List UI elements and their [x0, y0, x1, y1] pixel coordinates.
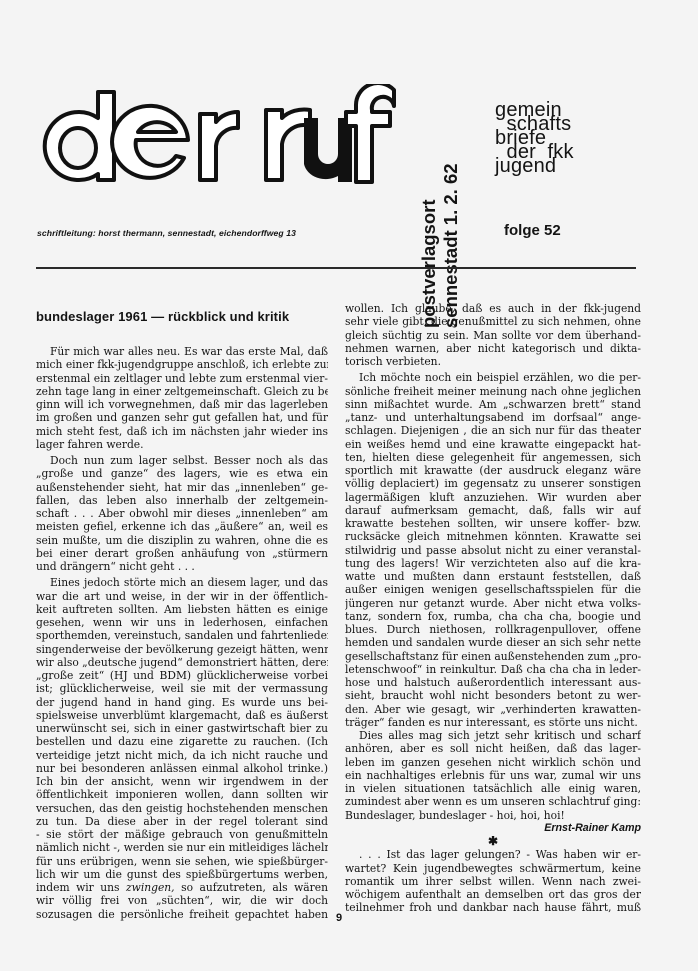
text-line: anhören, aber es soll nicht heißen, daß …	[345, 742, 641, 755]
text-line: sein mußte, um die disziplin zu wahren, …	[36, 534, 328, 547]
text-line: mich steht fest, daß ich im nächsten jah…	[36, 425, 328, 438]
continuation-text: . . . Ist das lager gelungen? - Was habe…	[345, 848, 641, 914]
author-signature: Ernst-Rainer Kamp	[345, 822, 641, 835]
text-line: „tanz- und unterhaltungsabend im dorfsaa…	[345, 411, 641, 424]
text-line: unerwünscht sei, sich in einer gastwirts…	[36, 722, 328, 735]
text-line: außer einigen wenigen gesellschaftsspiel…	[345, 583, 641, 596]
text-line: Eines jedoch störte mich an diesem lager…	[36, 576, 328, 589]
text-line: gesehen, wenn wir uns in lederhosen, ein…	[36, 616, 328, 629]
text-line: „große zeit“ (HJ und BDM) glücklicherwei…	[36, 669, 328, 682]
text-line: stilwidrig und passe absolut nicht zu ei…	[345, 544, 641, 557]
newsletter-page: schriftleitung: horst thermann, sennesta…	[0, 0, 698, 971]
text-line: schlagen. Diejenigen , die an sich nur f…	[345, 424, 641, 437]
text-line: wir also „deutsche jugend“ demonstriert …	[36, 656, 328, 669]
text-line: bestellen und dazu eine zigarette zu rau…	[36, 735, 328, 748]
text-line: meisten gefiel, erkenne ich das „äußere“…	[36, 520, 328, 533]
text-line: Doch nun zum lager selbst. Besser noch a…	[36, 454, 328, 467]
emphasis: zwingen,	[126, 881, 175, 894]
text-line: zumindest aber wenn es um unseren schlac…	[345, 795, 641, 808]
text-line: lagermäßigen kluft anzuziehen. Wir wurde…	[345, 491, 641, 504]
text-line: der jugend hand in hand ging. Es wurde u…	[36, 696, 328, 709]
text-line: für uns erübrigen, wenn sie sehen, wie s…	[36, 855, 328, 868]
text-line: gleich süchtig zu sein. Man sollte vor d…	[345, 329, 641, 342]
editorial-address: schriftleitung: horst thermann, sennesta…	[37, 228, 296, 238]
text-line: ist; glücklicherweise, weil sie mit der …	[36, 682, 328, 695]
text-line: nämlich nicht -, werden sie nur ein mitl…	[36, 841, 328, 854]
text-line: - sie stört der mäßige gebrauch von genu…	[36, 828, 328, 841]
text-line: wir völlig frei von „süchten“, wir, die …	[36, 894, 328, 907]
text-line: leben im ganzen gesehen nicht wirklich s…	[345, 756, 641, 769]
text-line: in vielen situationen tatsächlich alle e…	[345, 782, 641, 795]
text-line: ein weißes hemd und eine krawatte eingep…	[345, 438, 641, 451]
text-line: gesellschaftstanz für einen außenstehend…	[345, 650, 641, 663]
text-line: singenderweise der bevölkerung gezeigt h…	[36, 643, 328, 656]
text-line: rucksäcke gleich mitnehmen könnten. Kraw…	[345, 530, 641, 543]
text-line: völlig deplaciert) im gegensatz zu unser…	[345, 477, 641, 490]
right-column-body: wollen. Ich glaube, daß es auch in der f…	[345, 302, 641, 822]
text-line: sportlich mit krawatte (der ausdruck ele…	[345, 464, 641, 477]
text-line: hemden und sandalen wurde dieser an sich…	[345, 636, 641, 649]
text-line: bei einer derart großen anhäufung von „s…	[36, 547, 328, 560]
page-number: 9	[336, 912, 342, 924]
text-line: letenschwoof“ in reinkultur. Daß cha cha…	[345, 663, 641, 676]
text-line: versuchen, das den geistig hochstehenden…	[36, 802, 328, 815]
article-column-right: wollen. Ich glaube, daß es auch in der f…	[345, 302, 641, 915]
text-line: tanz, sondern fox, rumba, cha cha cha, b…	[345, 610, 641, 623]
text-line: nur bei besonderen anlässen einmal alkoh…	[36, 762, 328, 775]
article-headline: bundeslager 1961 — rückblick und kritik	[36, 309, 289, 324]
text-line: spielsweise unverblümt klargemacht, daß …	[36, 709, 328, 722]
logo-outline-letters-icon	[34, 84, 408, 184]
text-line: ein nachhaltiges erlebnis für uns war, z…	[345, 769, 641, 782]
text-line: hose und halstuch außerordentlich intere…	[345, 676, 641, 689]
text-line: sönliche freiheit meiner meinung nach oh…	[345, 385, 641, 398]
text-line: tung des lagers! Wir verzichteten also a…	[345, 557, 641, 570]
text-line: Für mich war alles neu. Es war das erste…	[36, 345, 328, 358]
text-line: nehmen warnen, aber nicht kategorisch un…	[345, 342, 641, 355]
text-line: sehr viele gibt, die genußmittel zu sich…	[345, 315, 641, 328]
text-line: mich einer fkk-jugendgruppe anschloß, ic…	[36, 358, 328, 371]
text-line: ginn will ich vorwegnehmen, daß mir das …	[36, 398, 328, 411]
text-line: . . . Ist das lager gelungen? - Was habe…	[345, 848, 641, 861]
issue-number: folge 52	[504, 222, 561, 239]
text-line: romantik um ihrer selbst willen. Wenn na…	[345, 875, 641, 888]
text-line: wartet? Kein jugendbewegtes schwärmertum…	[345, 862, 641, 875]
text-line: watte und mußten dann erstaunt feststell…	[345, 570, 641, 583]
text-line: sinn mißachtet wurde. Am „schwarzen bret…	[345, 398, 641, 411]
text-line: jüngeren nur getanzt wurde. Aber nicht e…	[345, 597, 641, 610]
text-line: sieht, braucht wohl nicht besonders beto…	[345, 689, 641, 702]
text-line: lich wir um die gunst des spießbürgertum…	[36, 868, 328, 881]
section-separator-star-icon: ✱	[345, 835, 641, 848]
text-line: träger“ fanden es nur interessant, es st…	[345, 716, 641, 729]
text-line: darauf aufmerksam gemacht, daß, falls wi…	[345, 504, 641, 517]
text-line: den. Aber wie gesagt, wir „verhinderten …	[345, 703, 641, 716]
text-line: krawatte bestehen sollten, wir unsere ko…	[345, 517, 641, 530]
article-column-left: Für mich war alles neu. Es war das erste…	[36, 345, 328, 921]
masthead-divider	[36, 267, 636, 269]
text-line: ten, hielten diese gelegenheit für angem…	[345, 451, 641, 464]
text-line: indem wir uns zwingen, so aufzutreten, a…	[36, 881, 328, 894]
text-line: Dies alles mag sich jetzt sehr kritisch …	[345, 729, 641, 742]
text-line: Ich bin der ansicht, wenn wir irgendwem …	[36, 775, 328, 788]
text-line: torisch verbieten.	[345, 355, 641, 368]
text-line: verteidige jetzt nicht mich, da ich nich…	[36, 749, 328, 762]
text-line: und drängern“ nicht geht . . .	[36, 560, 328, 573]
text-line: zu tun. Da diese aber in der regel toler…	[36, 815, 328, 828]
text-line: keit auftreten sollten. Am liebsten hätt…	[36, 603, 328, 616]
der-ruf-logo	[34, 84, 408, 184]
text-line: lager fahren werde.	[36, 438, 328, 451]
subtitle-block: gemein schafts briefe der fkk jugend	[495, 103, 574, 173]
text-line: erstenmal ein zeltlager und lebte zum er…	[36, 372, 328, 385]
text-line: blues. Durch niethosen, rollkragenpullov…	[345, 623, 641, 636]
text-line: außenstehender sieht, hat mir das „innen…	[36, 481, 328, 494]
text-line: im großen und ganzen sehr gut gefallen h…	[36, 411, 328, 424]
text-line: „große und ganze“ des lagers, wie es etw…	[36, 467, 328, 480]
text-line: sozusagen die persönliche freiheit gepac…	[36, 908, 328, 921]
text-line: Bundeslager, bundeslager - hoi, hoi, hoi…	[345, 809, 641, 822]
text-line: sporthemden, vereinstuch, sandalen und f…	[36, 629, 328, 642]
text-line: war die art und weise, in der wir in der…	[36, 590, 328, 603]
text-line: wöchigem aufenthalt an demselben ort das…	[345, 888, 641, 901]
text-line: wollen. Ich glaube, daß es auch in der f…	[345, 302, 641, 315]
text-line: zehn tage lang in einer zeltgemeinschaft…	[36, 385, 328, 398]
text-line: schaft . . . Aber obwohl mir dieses „inn…	[36, 507, 328, 520]
text-line: öffentlichkeit imponieren wollen, dann s…	[36, 788, 328, 801]
text-line: fallen, das leben also innerhalb der zel…	[36, 494, 328, 507]
text-line: Ich möchte noch ein beispiel erzählen, w…	[345, 371, 641, 384]
text-line: teilnehmer froh und dankbar nach hause f…	[345, 901, 641, 914]
